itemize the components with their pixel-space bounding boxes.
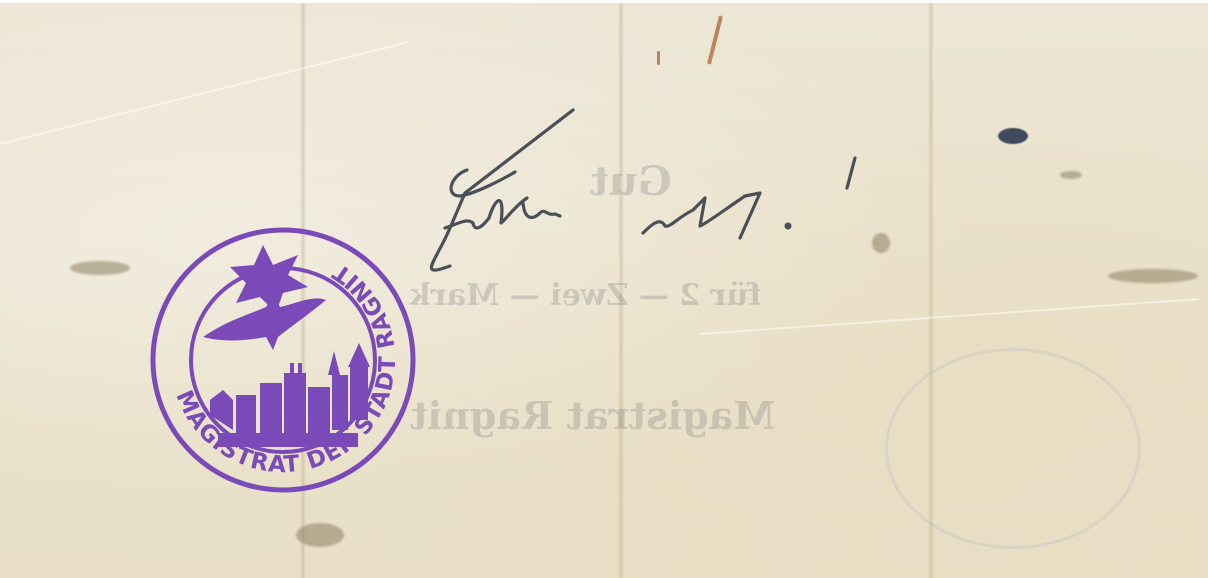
ink-blot (998, 128, 1028, 144)
eagle-icon (203, 295, 326, 350)
stain (1108, 269, 1198, 283)
rust-mark (657, 51, 660, 65)
stain (872, 233, 890, 253)
bleed-through-stamp (885, 348, 1141, 549)
magistrate-stamp: MAGISTRAT DER STADT RAGNIT (148, 225, 418, 495)
banknote-reverse: Gut für 2 — Zwei — Mark Magistrat Ragnit (0, 3, 1208, 578)
crease (700, 298, 1199, 335)
stain (1060, 171, 1082, 179)
stain (70, 261, 130, 275)
rust-mark (707, 15, 723, 64)
crease (0, 41, 408, 145)
stain (296, 523, 344, 547)
bleed-through-line3: Magistrat Ragnit (410, 393, 775, 438)
handwritten-signature (405, 98, 865, 288)
